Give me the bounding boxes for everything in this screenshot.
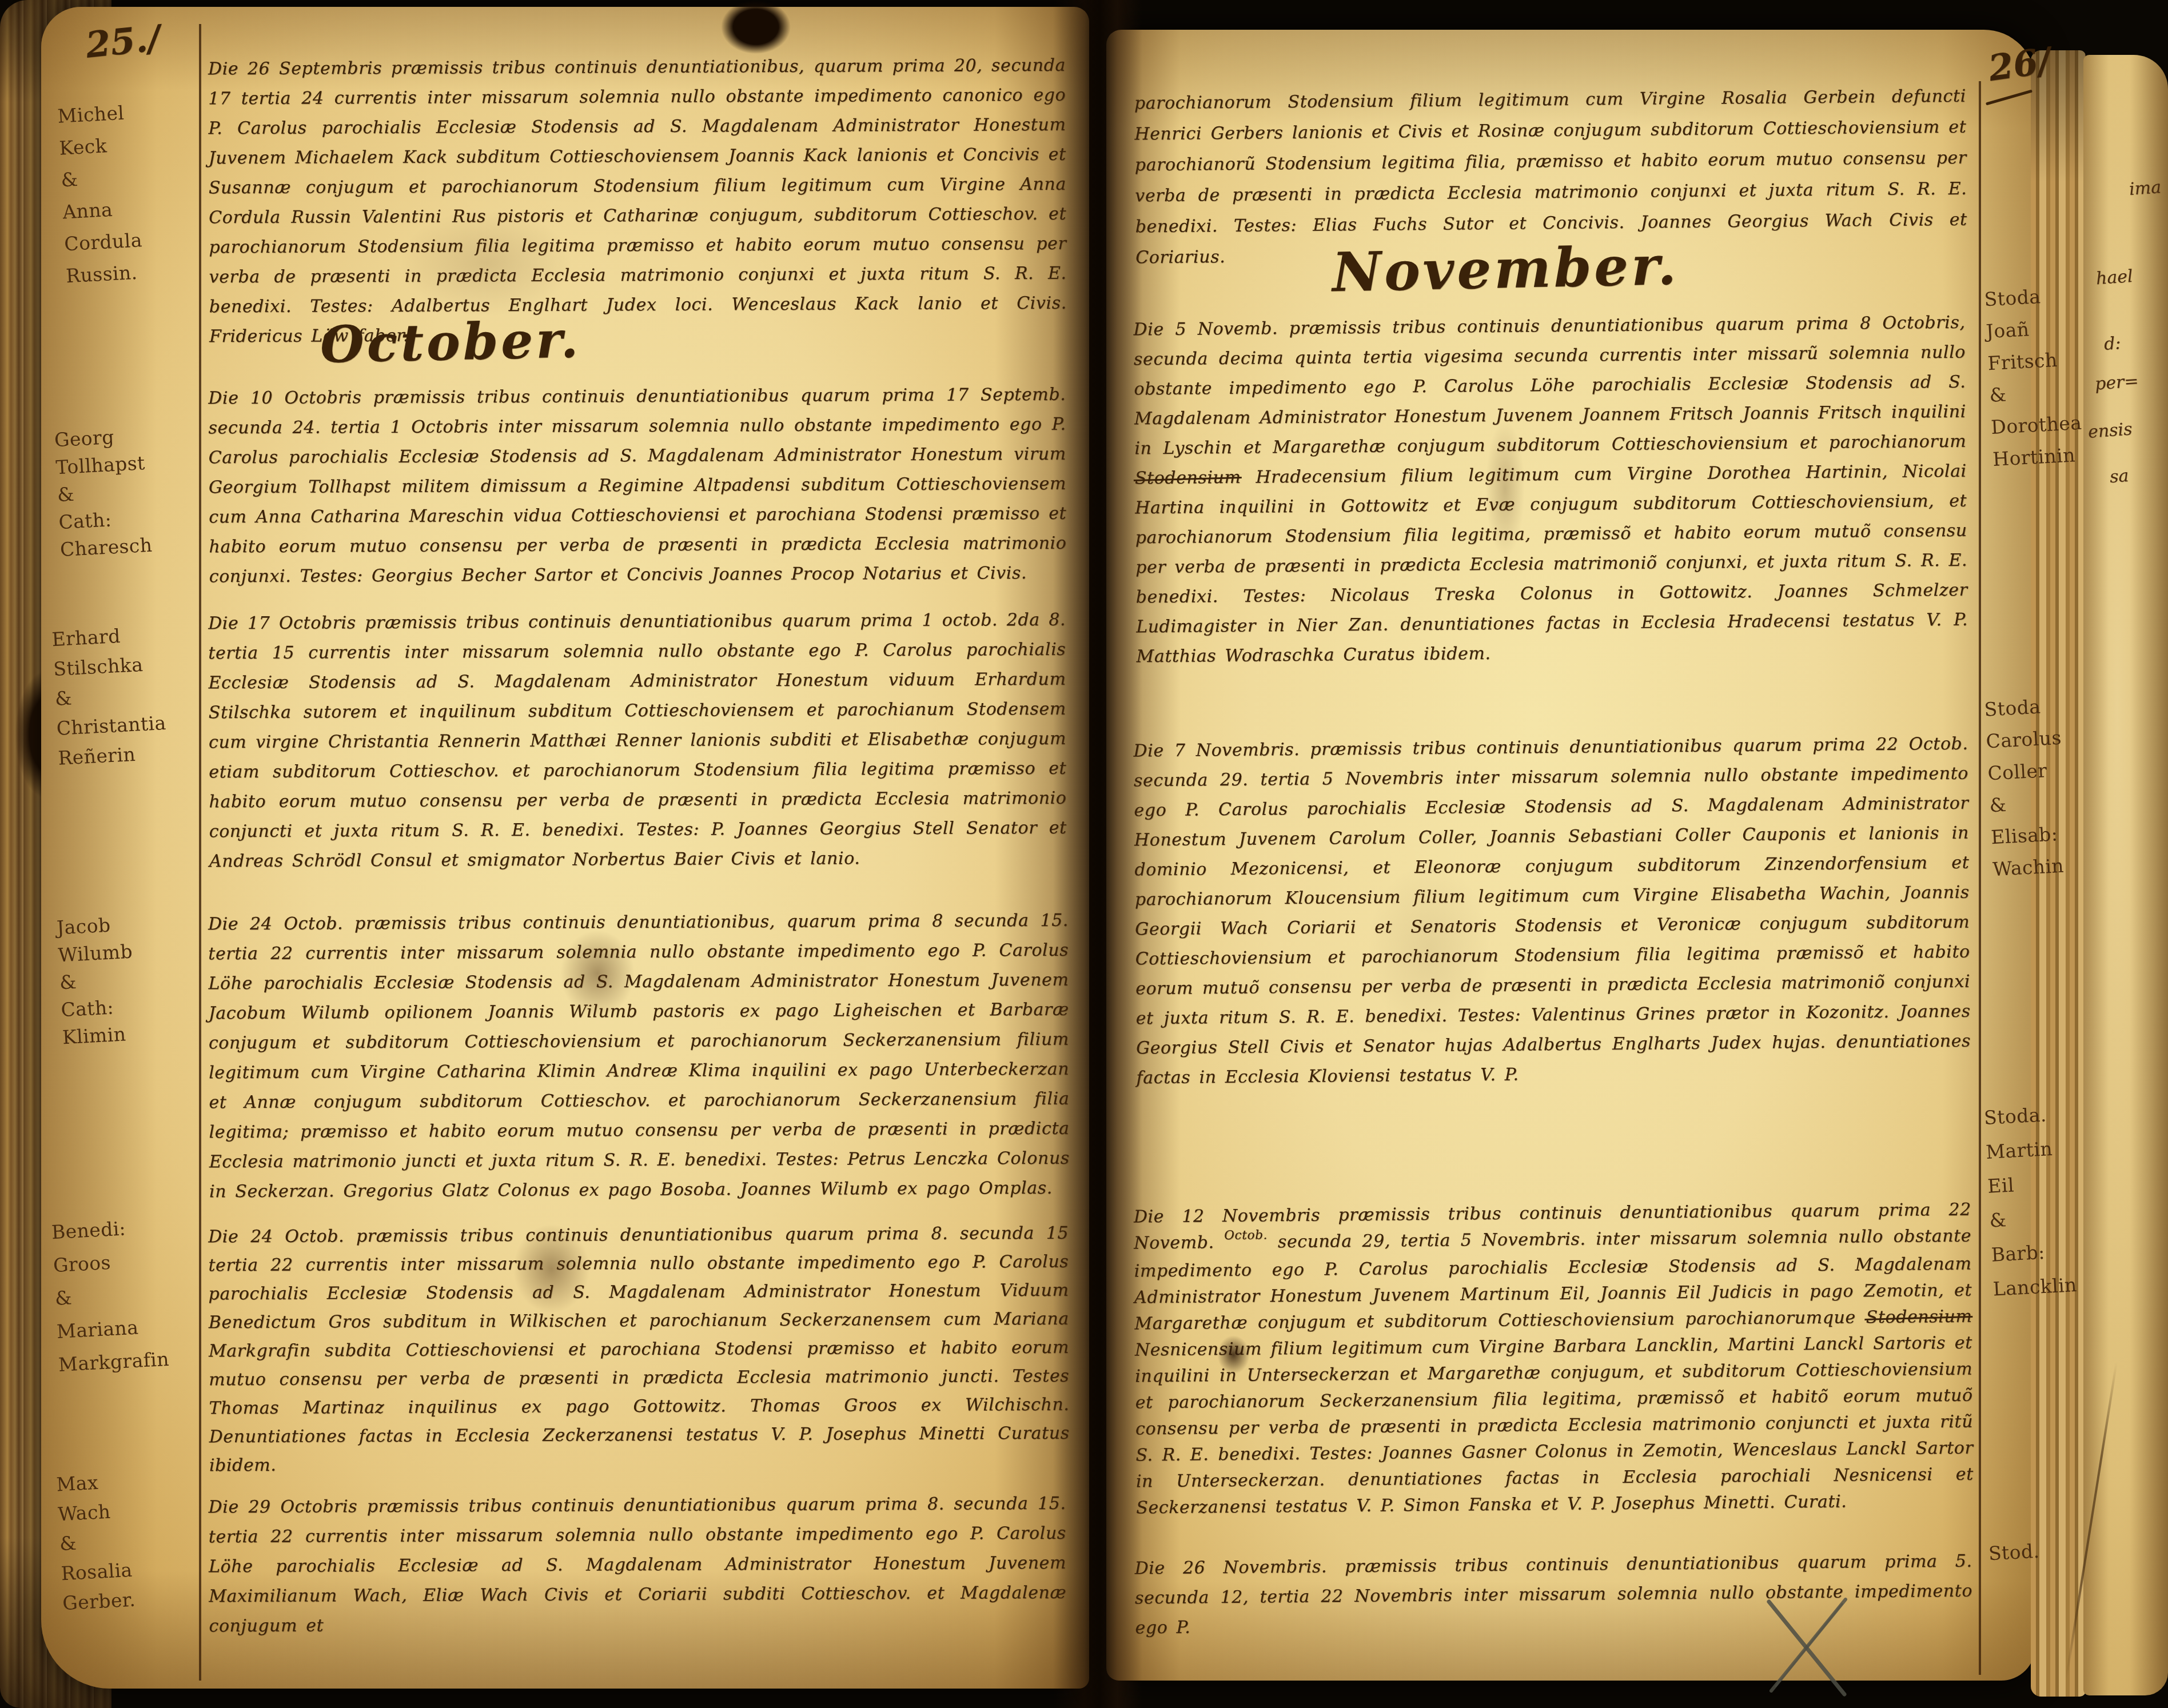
edge-fragment-2: d: (2103, 333, 2122, 354)
margin-note-eil-lancklin: Stoda. Martin Eil & Barb: Lancklin (1983, 1096, 2078, 1306)
entry-nov-12: Die 12 Novembris præmissis tribus contin… (1134, 1197, 1974, 1522)
next-leaf-edge (2083, 55, 2168, 1695)
margin-note-fritsch-hortinin: Stoda Joañ Fritsch & Dorothea Hortinin (1983, 279, 2084, 476)
edge-fragment-5: sa (2109, 466, 2130, 487)
edge-fragment-3: per= (2094, 371, 2139, 394)
manuscript-photo: { "colors": { "backdrop": "#0a0703", "pa… (0, 0, 2168, 1708)
margin-note-coller-wachin: Stoda Carolus Coller & Elisab: Wachin (1983, 690, 2069, 885)
right-margin-rule-line (1979, 81, 1981, 1675)
entry-nov-5-text-b: Hradecensium filium legitimum cum Virgin… (1135, 461, 1968, 667)
entry-oct-29: Die 29 Octobris præmissis tribus continu… (208, 1489, 1066, 1642)
entry-oct-10: Die 10 Octobris præmissis tribus continu… (208, 380, 1067, 592)
page-number-right: 26/ (1986, 39, 2053, 89)
entry-nov-5-struck-word: Stodensium (1135, 468, 1241, 489)
entry-nov-12-text-c: Nesnicensium filium legitimum cum Virgin… (1135, 1333, 1974, 1518)
margin-note-tollhapst-charesch: Georg Tollhapst & Cath: Charesch (54, 422, 153, 564)
entry-oct-24-second: Die 24 Octob. præmissis tribus continuis… (208, 1219, 1070, 1480)
margin-note-wilumb-klimin: Jacob Wilumb & Cath: Klimin (56, 911, 138, 1052)
entry-nov-12-text-a: Die 12 Novembris præmissis tribus contin… (1134, 1200, 1949, 1227)
entry-nov-12-correction: Octob. (1224, 1228, 1268, 1243)
edge-fragment-4: ensis (2087, 419, 2133, 442)
margin-note-groos-markgrafin: Benedi: Groos & Mariana Markgrafin (51, 1210, 170, 1382)
entry-nov-12-struck-word: Stodensium (1866, 1307, 1972, 1328)
entry-nov-5: Die 5 Novemb. præmissis tribus continuis… (1133, 308, 1968, 672)
edge-fragment-6: ima (2129, 177, 2162, 199)
left-margin-rule-line (199, 24, 201, 1681)
margin-note-keck-russin: Michel Keck & Anna Cordula Russin. (57, 97, 145, 293)
entry-sept-26: Die 26 Septembris præmissis tribus conti… (208, 51, 1067, 352)
entry-oct-17: Die 17 Octobris præmissis tribus continu… (208, 605, 1067, 877)
page-number-left: 25./ (84, 17, 162, 66)
section-header-november: November. (1332, 234, 1680, 305)
ink-blot-top (712, 0, 799, 61)
margin-note-stilschka-rennerin: Erhard Stilschka & Christantia Reñerin (51, 619, 168, 773)
margin-note-stod: Stod. (1988, 1535, 2041, 1570)
entry-nov-5-text-a: Die 5 Novemb. præmissis tribus continuis… (1133, 313, 1966, 459)
pencil-x-mark (1759, 1594, 1859, 1699)
margin-note-wach-gerber: Max Wach & Rosalia Gerber. (55, 1466, 136, 1618)
edge-fragment-1: hael (2095, 266, 2134, 289)
entry-nov-7: Die 7 Novembris. præmissis tribus contin… (1133, 729, 1971, 1094)
